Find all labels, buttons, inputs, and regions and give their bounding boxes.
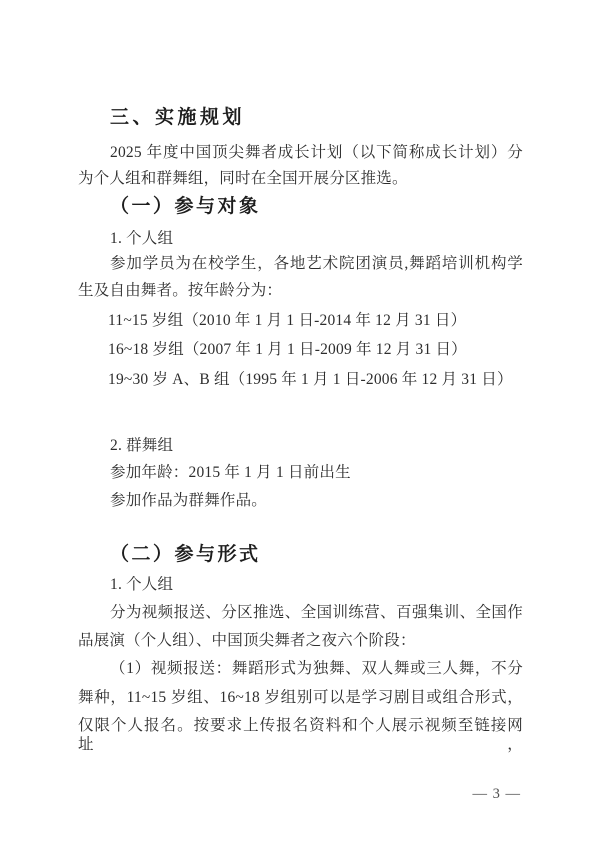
individual-group-desc-line-1: 参加学员为在校学生，各地艺术院团演员,舞蹈培训机构学	[110, 254, 523, 273]
stage1-video-submission-line-2: 舞种，11~15 岁组、16~18 岁组别可以是学习剧目或组合形式，	[78, 688, 523, 707]
group-dance-work-line: 参加作品为群舞作品。	[110, 491, 267, 510]
forms-stages-line-1: 分为视频报送、分区推选、全国训练营、百强集训、全国作	[110, 603, 523, 622]
group-dance-title: 2. 群舞组	[110, 436, 173, 455]
age-group-16-18: 16~18 岁组（2007 年 1 月 1 日-2009 年 12 月 31 日…	[108, 340, 467, 359]
group-dance-age-line: 参加年龄：2015 年 1 月 1 日前出生	[110, 463, 351, 482]
age-group-19-30: 19~30 岁 A、B 组（1995 年 1 月 1 日-2006 年 12 月…	[108, 370, 513, 389]
document-page: 三、实施规划 2025 年度中国顶尖舞者成长计划（以下简称成长计划）分 为个人组…	[0, 0, 600, 848]
forms-stages-line-2: 品展演（个人组）、中国顶尖舞者之夜六个阶段：	[78, 631, 416, 650]
stage1-video-submission-line-1: （1）视频报送：舞蹈形式为独舞、双人舞或三人舞，不分	[110, 659, 523, 678]
forms-individual-title: 1. 个人组	[110, 575, 173, 594]
individual-group-title: 1. 个人组	[110, 229, 173, 248]
intro-paragraph-line-2: 为个人组和群舞组，同时在全国开展分区推选。	[78, 169, 408, 188]
subsection-heading-participants: （一）参与对象	[110, 196, 261, 218]
age-group-11-15: 11~15 岁组（2010 年 1 月 1 日-2014 年 12 月 31 日…	[108, 311, 466, 330]
stage1-video-submission-line-3: 仅限个人报名。按要求上传报名资料和个人展示视频至链接网址，	[78, 716, 523, 754]
individual-group-desc-line-2: 生及自由舞者。按年龄分为：	[78, 281, 282, 300]
section-heading-implementation-plan: 三、实施规划	[110, 107, 245, 129]
page-number: — 3 —	[473, 786, 522, 803]
intro-paragraph-line-1: 2025 年度中国顶尖舞者成长计划（以下简称成长计划）分	[110, 143, 523, 162]
subsection-heading-participation-forms: （二）参与形式	[110, 544, 261, 566]
